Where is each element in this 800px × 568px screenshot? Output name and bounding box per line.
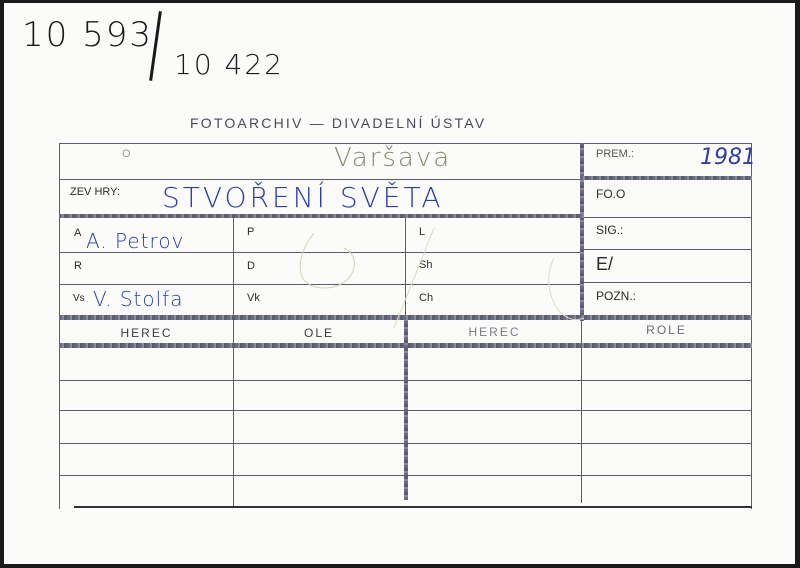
credit-code-d: D [247,260,255,272]
city-row-line [59,179,580,180]
form-right-border [751,143,752,509]
archive-number-alt: 10 422 [174,48,284,81]
premiere-label: PREM.: [596,148,634,160]
city-label: O [122,148,131,160]
title-row-line [59,214,584,218]
credit-value-vs: V. Stolfa [93,287,183,311]
prem-row-line [580,176,752,180]
sig-label: SIG.: [596,223,623,237]
credit-code-p: P [247,226,254,238]
archive-card: 10 593 10 422 FOTOARCHIV — DIVADELNÍ ÚST… [4,3,795,564]
stamp-title: FOTOARCHIV — DIVADELNÍ ÚSTAV [190,115,486,131]
cast-header-actor-1: HEREC [60,326,233,340]
credit-code-a: A [74,227,81,239]
play-title-value: STVOŘENÍ SVĚTA [162,181,444,214]
cast-header-role-2: ROLE [582,323,751,337]
credit-code-r: R [74,260,82,272]
credit-code-vs: Vs [73,293,85,304]
sig-row-line [584,249,752,250]
e-label: E/ [596,254,613,275]
credits-divider-1 [233,218,234,318]
cast-divider-1 [233,320,234,506]
form-bottom-border [74,506,752,508]
e-row-line [584,282,752,283]
credit-code-vk: Vk [247,292,260,304]
archive-number: 10 593 [22,15,153,55]
pencil-scribble-icon [284,228,584,338]
cast-row-line-1 [59,380,752,381]
cast-row-line-2 [59,410,752,411]
play-title-label: ZEV HRY: [70,186,120,198]
note-label: POZN.: [596,289,636,303]
credit-value-a: A. Petrov [86,229,184,253]
premiere-value: 1981 [700,145,756,170]
cast-row-line-4 [59,475,752,476]
city-value: Varšava [334,143,451,173]
photo-row-line [584,217,752,218]
cast-row-line-3 [59,443,752,444]
photo-label: FO.O [596,187,625,201]
